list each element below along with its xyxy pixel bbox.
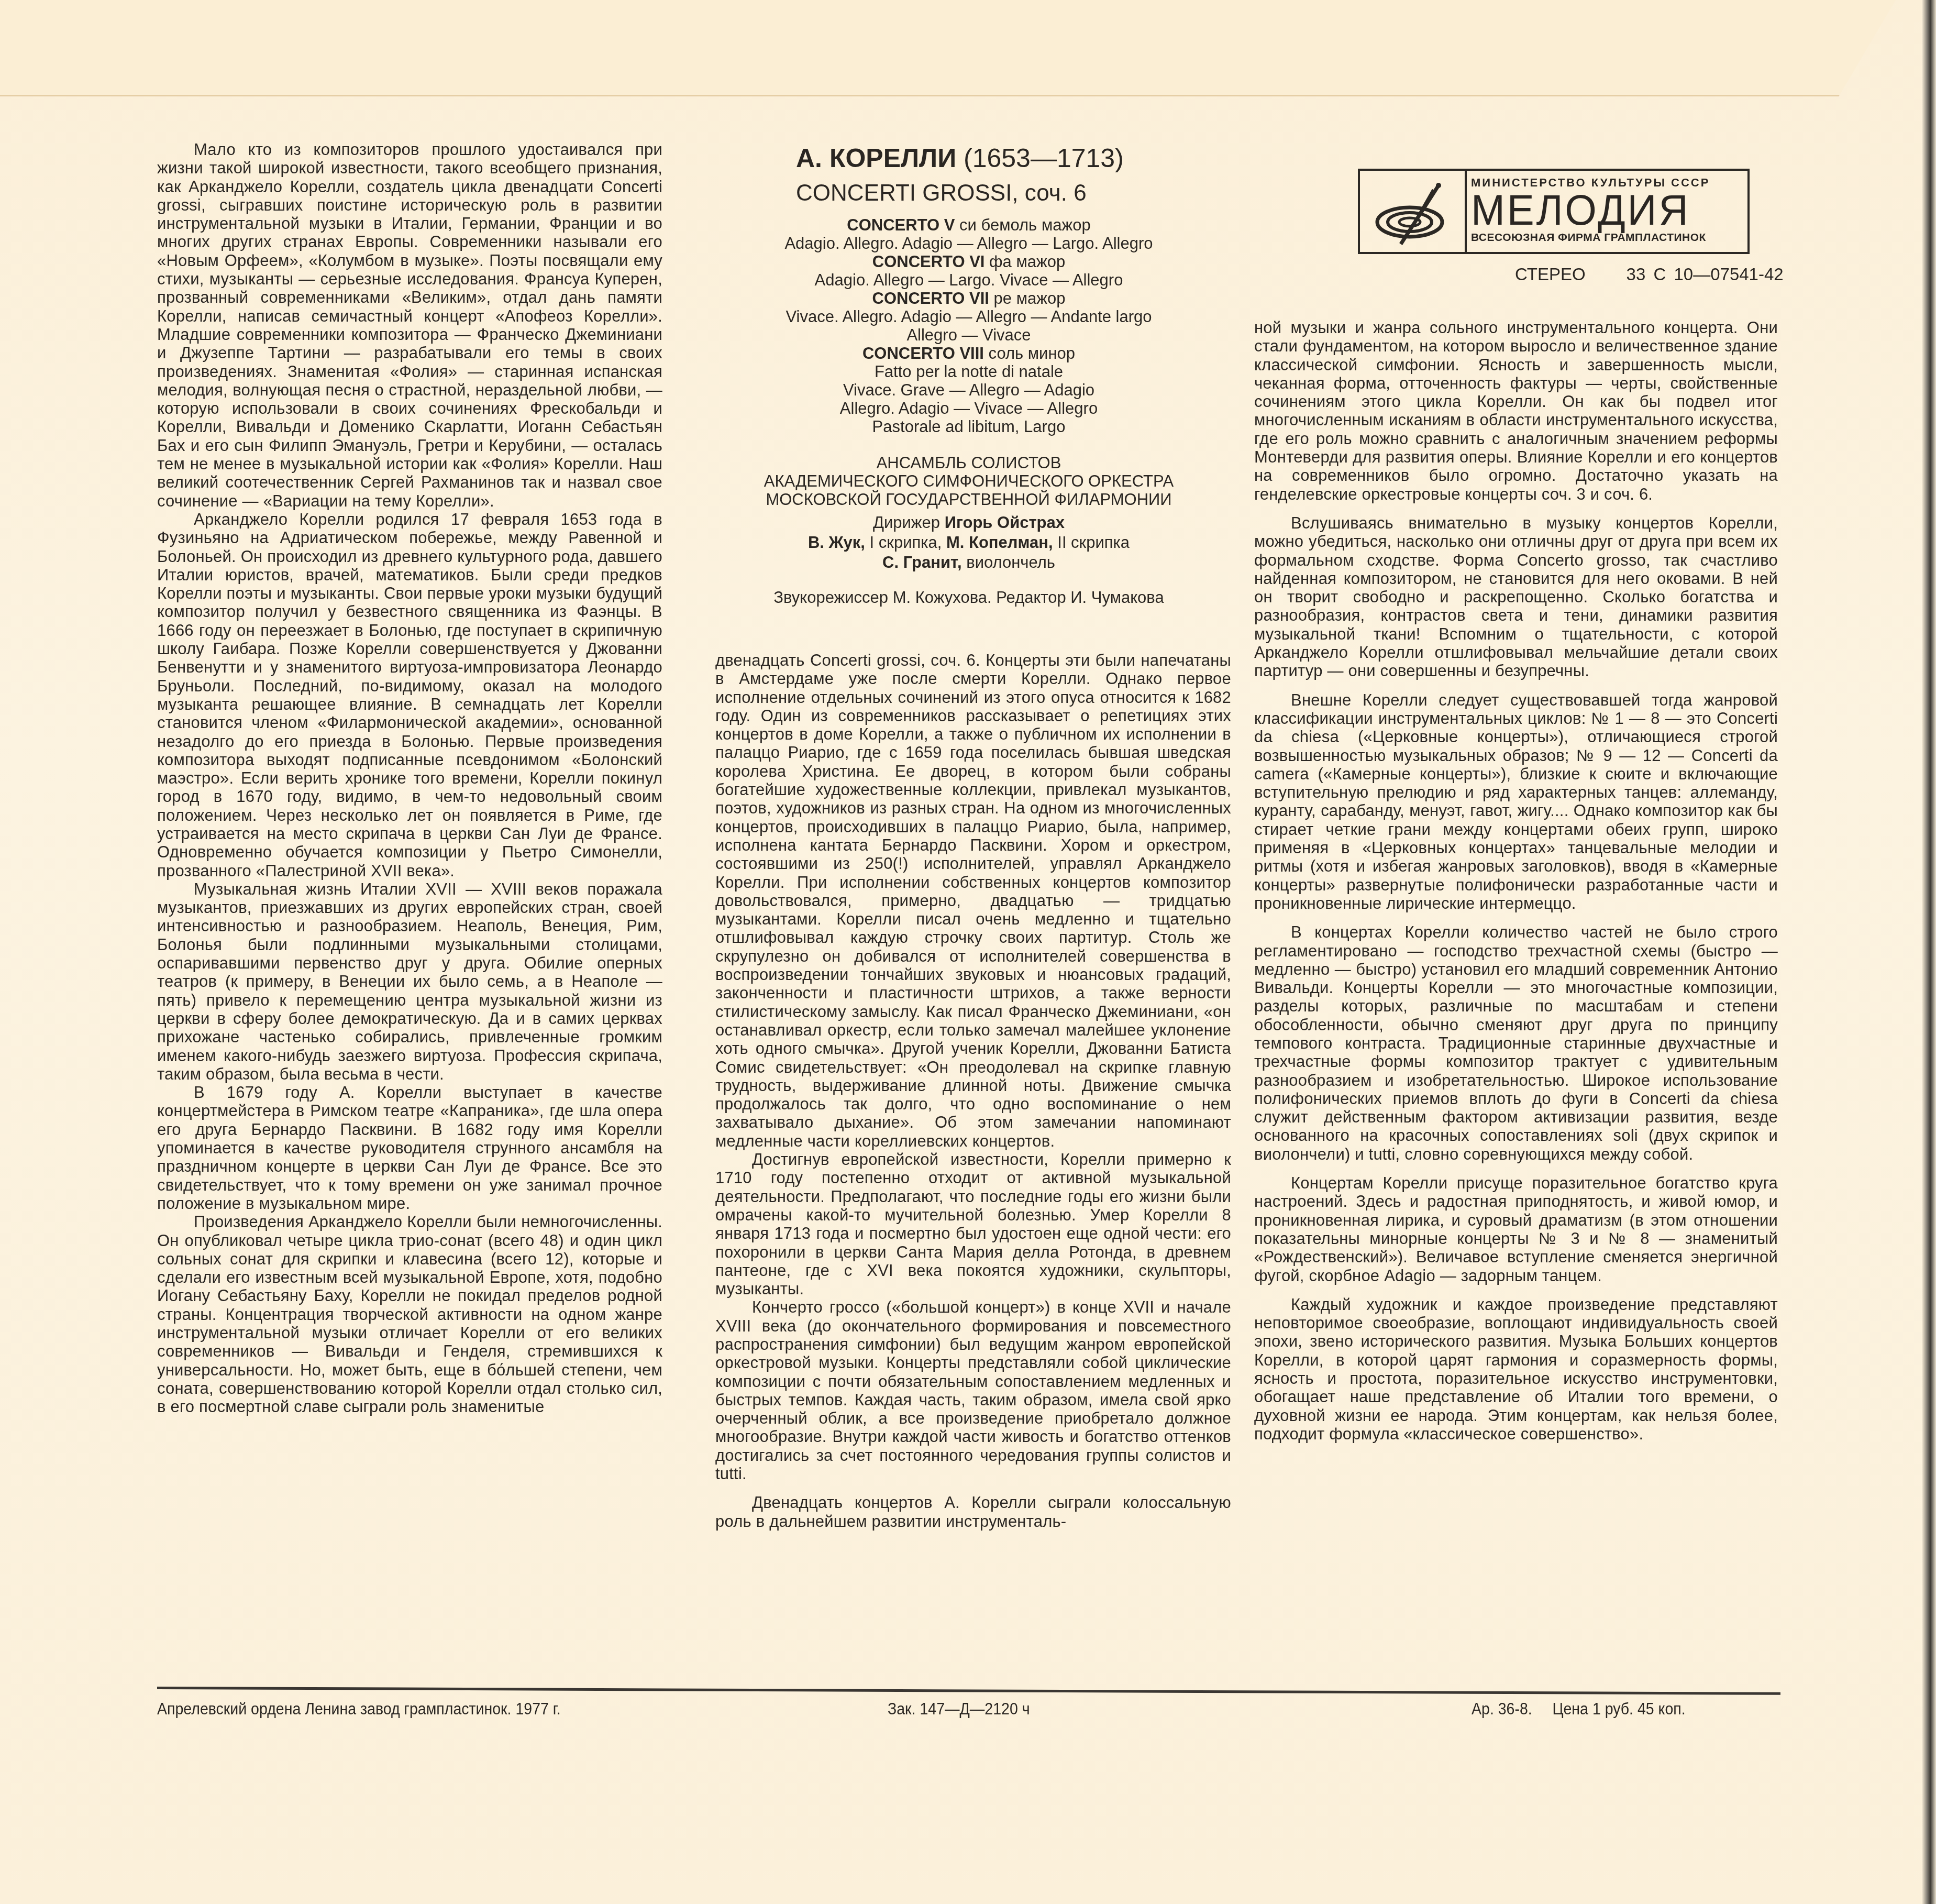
concerto-number: CONCERTO VII [872, 289, 989, 307]
concerto-number: CONCERTO VIII [862, 344, 984, 362]
production-credits: Звукорежиссер М. Кожухова. Редактор И. Ч… [712, 588, 1225, 607]
composer-name: А. КОРЕЛЛИ [796, 144, 956, 173]
concerto-7: CONCERTO VII ре мажор Vivace. Allegro. A… [712, 289, 1225, 344]
order-number: Зак. 147—Д—2120 ч [888, 1700, 1030, 1719]
paragraph: Внешне Корелли следует существовавшей то… [1254, 691, 1778, 913]
concerto-key: ре мажор [994, 289, 1066, 307]
movements: Vivace. Grave — Allegro — Adagio [712, 381, 1225, 399]
concerto-8: CONCERTO VIII соль минор Fatto per la no… [712, 344, 1225, 436]
movements: Vivace. Allegro. Adagio — Allegro — Anda… [712, 307, 1225, 326]
soloist-name: С. Гранит, [882, 553, 961, 571]
article-column-1: Мало кто из композиторов прошлого удоста… [157, 140, 662, 1416]
paragraph: Каждый художник и каждое произведение пр… [1254, 1295, 1778, 1443]
conductor-credit: Дирижер Игорь Ойстрах [712, 513, 1225, 533]
conductor-label: Дирижер [873, 513, 940, 532]
concerto-number: CONCERTO V [847, 216, 955, 234]
brand-name: МЕЛОДИЯ [1471, 190, 1731, 232]
sleeve-flap [0, 0, 1896, 96]
soloist-name: В. Жук, [808, 533, 865, 552]
ensemble-line: Академического симфонического оркестра [712, 472, 1225, 490]
conductor-name: Игорь Ойстрах [945, 513, 1065, 532]
stereo-label: СТЕРЕО [1515, 265, 1586, 284]
soloist-role: I скрипка, [870, 533, 942, 552]
price: Цена 1 руб. 45 коп. [1552, 1700, 1685, 1718]
record-label-emblem-icon [1360, 171, 1467, 252]
concerto-key: соль минор [989, 344, 1076, 362]
melodiya-logo: МИНИСТЕРСТВО КУЛЬТУРЫ СССР МЕЛОДИЯ ВСЕСО… [1358, 169, 1750, 254]
paragraph: В 1679 году А. Корелли выступает в качес… [157, 1083, 662, 1213]
work-title: CONCERTI GROSSI, соч. 6 [712, 175, 1225, 212]
movements: Allegro — Vivace [712, 326, 1225, 344]
logo-text: МИНИСТЕРСТВО КУЛЬТУРЫ СССР МЕЛОДИЯ ВСЕСО… [1467, 171, 1747, 252]
ensemble-line: Московской государственной филармонии [712, 490, 1225, 509]
catalog-number: 33 С 10—07541-42 [1627, 265, 1784, 284]
concerto-6: CONCERTO VI фа мажор Adagio. Allegro — L… [712, 252, 1225, 289]
soloist-role: II скрипка [1057, 533, 1130, 552]
concerto-key: си бемоль мажор [959, 216, 1091, 234]
movements: Pastorale ad libitum, Largo [712, 417, 1225, 436]
paragraph: двенадцать Concerti grossi, соч. 6. Конц… [715, 651, 1231, 1150]
concerto-5: CONCERTO V си бемоль мажор Adagio. Alleg… [712, 216, 1225, 252]
article-column-2: двенадцать Concerti grossi, соч. 6. Конц… [715, 651, 1231, 1531]
paragraph: Музыкальная жизнь Италии XVII — XVIII ве… [157, 880, 662, 1083]
soloists-credit: В. Жук, I скрипка, М. Копелман, II скрип… [712, 533, 1225, 553]
movements: Allegro. Adagio — Vivace — Allegro [712, 399, 1225, 417]
paragraph: Двенадцать концертов А. Корелли сыграли … [715, 1493, 1231, 1531]
subtitle: Fatto per la notte di natale [712, 362, 1225, 381]
paragraph: Мало кто из композиторов прошлого удоста… [157, 140, 662, 510]
paragraph: ной музыки и жанра сольного инструментал… [1254, 318, 1778, 503]
composer-years: (1653—1713) [964, 144, 1124, 173]
manufacturer-line: Апрелевский ордена Ленина завод грамплас… [157, 1700, 561, 1719]
paragraph: Произведения Арканджело Корелли были нем… [157, 1213, 662, 1416]
paragraph: Арканджело Корелли родился 17 февраля 16… [157, 510, 662, 880]
paragraph: В концертах Корелли количество частей не… [1254, 923, 1778, 1163]
program-block: А. КОРЕЛЛИ (1653—1713) CONCERTI GROSSI, … [712, 141, 1225, 607]
concerto-number: CONCERTO VI [872, 252, 985, 271]
composer-heading: А. КОРЕЛЛИ (1653—1713) [712, 141, 1225, 175]
soloist-name: М. Копелман, [946, 533, 1053, 552]
article-code: Ар. 36-8. [1472, 1700, 1532, 1718]
paragraph: Вслушиваясь внимательно в музыку концерт… [1254, 514, 1778, 680]
paragraph: Концертам Корелли присуще поразительное … [1254, 1174, 1778, 1285]
movements: Adagio. Allegro — Largo. Vivace — Allegr… [712, 271, 1225, 289]
cellist-credit: С. Гранит, виолончель [712, 553, 1225, 573]
catalog-info: СТЕРЕО33 С 10—07541-42 [1515, 265, 1784, 284]
movements: Adagio. Allegro. Adagio — Allegro — Larg… [712, 234, 1225, 252]
sleeve-edge [1922, 0, 1936, 1904]
ensemble-name: Ансамбль солистов Академического симфони… [712, 454, 1225, 509]
ensemble-line: Ансамбль солистов [712, 454, 1225, 472]
price-line: Ар. 36-8.Цена 1 руб. 45 коп. [1472, 1700, 1686, 1719]
paragraph: Кончерто гроссо («большой концерт») в ко… [715, 1298, 1231, 1483]
article-column-3: ной музыки и жанра сольного инструментал… [1254, 318, 1778, 1443]
soloist-role: виолончель [966, 553, 1055, 571]
paragraph: Достигнув европейской известности, Корел… [715, 1150, 1231, 1298]
concerto-key: фа мажор [989, 252, 1065, 271]
